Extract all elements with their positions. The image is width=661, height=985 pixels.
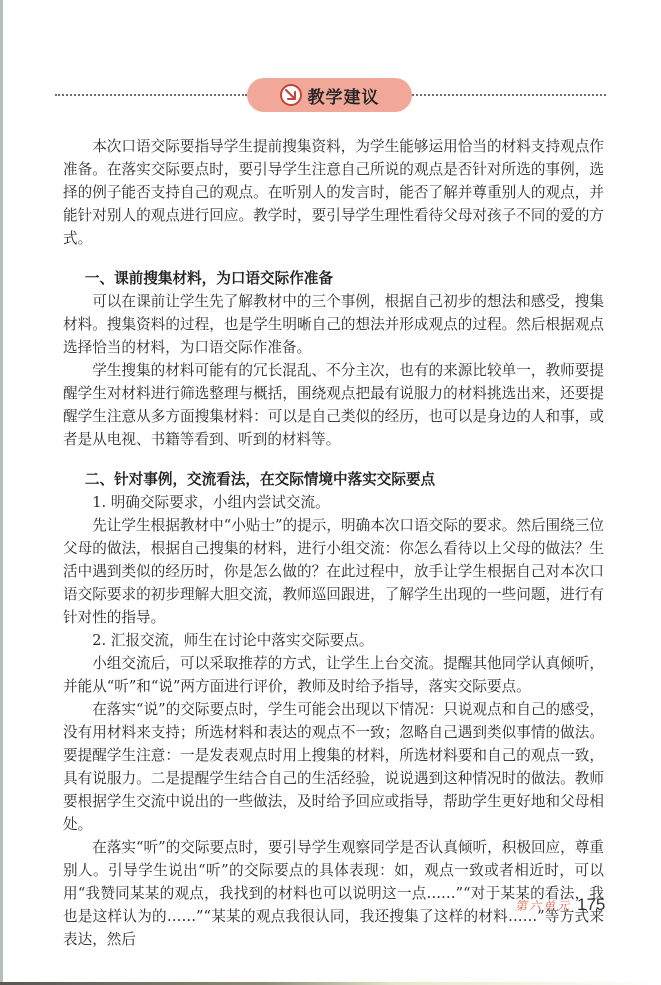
paragraph: 先让学生根据教材中“小贴士”的提示，明确本次口语交际的要求。然后围绕三位父母的做… (63, 514, 604, 629)
section-title-badge: 教学建议 (247, 78, 412, 112)
paragraph: 学生搜集的材料可能有的冗长混乱、不分主次，也有的来源比较单一，教师要提醒学生对材… (63, 359, 604, 451)
page-binding-edge (0, 0, 3, 985)
dotted-divider-left (55, 94, 247, 96)
arrow-down-right-icon (280, 84, 302, 106)
section-heading-2: 二、针对事例，交流看法，在交际情境中落实交际要点 (63, 468, 604, 491)
dotted-divider-right (412, 94, 606, 96)
section-title: 教学建议 (308, 83, 380, 108)
paragraph: 小组交流后，可以采取推荐的方式，让学生上台交流。提醒其他同学认真倾听，并能从“听… (63, 652, 604, 698)
paragraph: 可以在课前让学生先了解教材中的三个事例，根据自己初步的想法和感受，搜集材料。搜集… (63, 290, 604, 359)
subheading-1: 1. 明确交际要求，小组内尝试交流。 (63, 491, 604, 514)
paragraph: 在落实“听”的交际要点时，要引导学生观察同学是否认真倾听，积极回应，尊重别人。引… (63, 836, 604, 951)
section-heading-1: 一、课前搜集材料，为口语交际作准备 (63, 267, 604, 290)
section-header: 教学建议 (55, 78, 606, 112)
paragraph: 在落实“说”的交际要点时，学生可能会出现以下情况：只说观点和自己的感受，没有用材… (63, 698, 604, 836)
page-number: 175 (577, 895, 605, 915)
unit-label: 第六单元 (515, 897, 571, 914)
page-body: 本次口语交际要指导学生提前搜集资料，为学生能够运用恰当的材料支持观点作准备。在落… (63, 135, 604, 951)
subheading-2: 2. 汇报交流，师生在讨论中落实交际要点。 (63, 629, 604, 652)
page-footer: 第六单元 175 (515, 895, 605, 915)
intro-paragraph: 本次口语交际要指导学生提前搜集资料，为学生能够运用恰当的材料支持观点作准备。在落… (63, 135, 604, 250)
